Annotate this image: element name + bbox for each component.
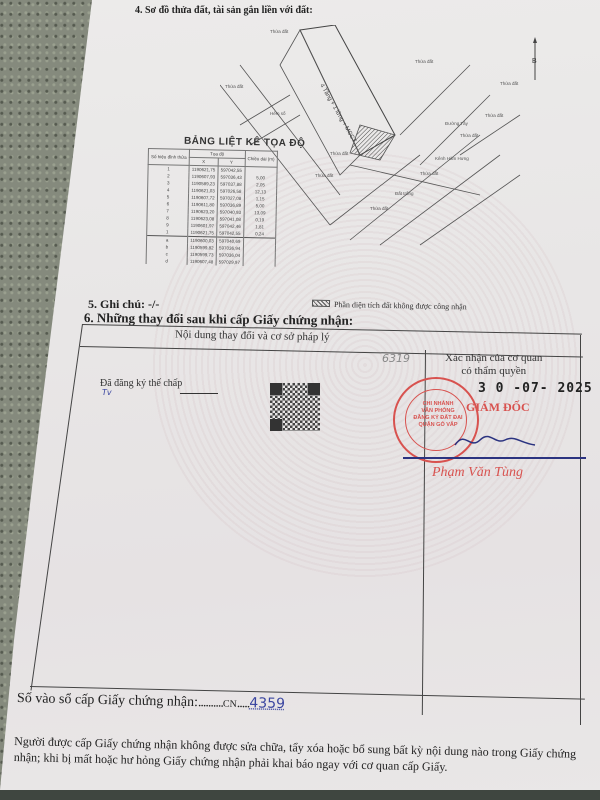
entry-initials: Tv (102, 388, 112, 397)
map-legend: Phần diện tích đất không được công nhận (312, 294, 467, 315)
svg-text:Đất trống: Đất trống (395, 191, 414, 196)
signature-underline (403, 457, 586, 459)
svg-text:Thửa đất: Thửa đất (315, 172, 334, 178)
svg-text:Thửa đất: Thửa đất (415, 58, 434, 64)
signer-title: GIÁM ĐỐC (466, 400, 530, 415)
registry-label: Số vào sổ cấp Giấy chứng nhận: (17, 691, 198, 710)
svg-text:Thửa đất: Thửa đất (370, 205, 389, 211)
svg-text:Kênh Hàm Hưng: Kênh Hàm Hưng (435, 156, 469, 161)
legend-text: Phần diện tích đất không được công nhận (334, 300, 467, 311)
coord-table: Số hiệu đỉnh thửa Tọa độ Chiều dài (m) X… (146, 148, 278, 267)
signer-name: Phạm Văn Tùng (432, 465, 523, 481)
svg-text:Thửa đất: Thửa đất (330, 150, 349, 156)
registry-prefix: CN (223, 699, 237, 710)
svg-text:Thửa đất: Thửa đất (485, 112, 504, 118)
coord-row-extra: d1190607,48597029,97 (146, 257, 275, 267)
coord-table-title: BẢNG LIỆT KÊ TỌA ĐỘ (184, 136, 306, 150)
svg-text:Thửa đất: Thửa đất (270, 28, 289, 34)
svg-text:Thửa đất: Thửa đất (460, 132, 479, 138)
registry-line: Số vào sổ cấp Giấy chứng nhận:..........… (17, 690, 285, 713)
svg-text:Đường Tây: Đường Tây (445, 121, 469, 126)
svg-text:Thửa đất: Thửa đất (420, 170, 439, 176)
qr-code[interactable] (270, 383, 320, 431)
col-header-authority: Xác nhận của cơ quan có thẩm quyền (445, 352, 542, 378)
hatch-legend-icon (312, 299, 330, 306)
certificate-page: 4. Sơ đồ thửa đất, tài sản gắn liền với … (0, 0, 600, 800)
handwritten-number: 6319 (382, 352, 410, 365)
north-label: B (532, 58, 537, 65)
svg-text:Thửa đất: Thửa đất (500, 80, 519, 86)
footer-warning: Người được cấp Giấy chứng nhận không đượ… (14, 733, 595, 778)
signature-dash (180, 393, 218, 394)
confirmation-date: 3 0 -07- 2025 (478, 381, 593, 396)
bottom-edge (0, 790, 600, 800)
section-4-title: 4. Sơ đồ thửa đất, tài sản gắn liền với … (135, 5, 313, 16)
signature (450, 425, 540, 455)
registry-number: 4359 (249, 695, 285, 712)
building-label: 4 Tầng + 1 lửng + MCCT (318, 83, 358, 144)
entry-mortgage-registered: Đã đăng ký thế chấp (100, 378, 182, 389)
svg-text:Thửa đất: Thửa đất (225, 83, 244, 89)
svg-text:Hẻm số: Hẻm số (270, 111, 286, 116)
